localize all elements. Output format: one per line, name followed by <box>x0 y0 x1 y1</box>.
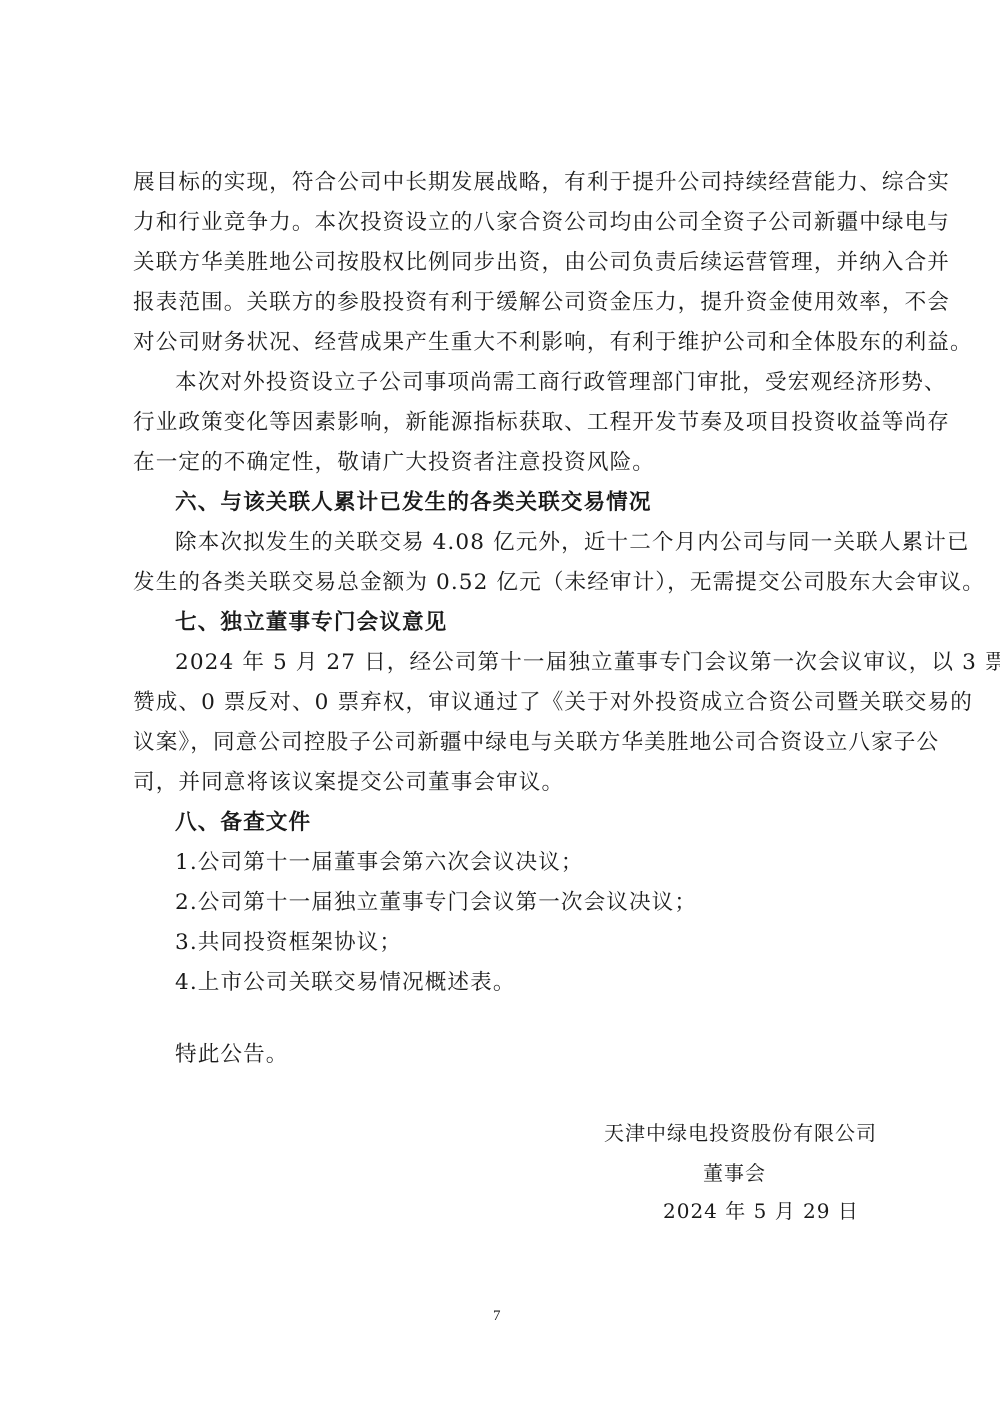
document-page: 展目标的实现，符合公司中长期发展战略，有利于提升公司持续经营能力、综合实 力和行… <box>0 0 1000 1414</box>
reference-item: 1.公司第十一届董事会第六次会议决议； <box>175 848 910 878</box>
section-heading: 七、独立董事专门会议意见 <box>175 608 910 638</box>
signature-board: 董事会 <box>703 1158 766 1188</box>
paragraph-line: 议案》，同意公司控股子公司新疆中绿电与关联方华美胜地公司合资设立八家子公 <box>133 728 868 758</box>
signature-date: 2024 年 5 月 29 日 <box>663 1196 859 1226</box>
paragraph-line: 除本次拟发生的关联交易 4.08 亿元外，近十二个月内公司与同一关联人累计已 <box>175 528 910 558</box>
paragraph-line: 关联方华美胜地公司按股权比例同步出资，由公司负责后续运营管理，并纳入合并 <box>133 248 868 278</box>
paragraph-line: 展目标的实现，符合公司中长期发展战略，有利于提升公司持续经营能力、综合实 <box>133 168 868 198</box>
reference-item: 4.上市公司关联交易情况概述表。 <box>175 968 910 998</box>
reference-item: 2.公司第十一届独立董事专门会议第一次会议决议； <box>175 888 910 918</box>
paragraph-line: 司，并同意将该议案提交公司董事会审议。 <box>133 768 868 798</box>
section-heading: 六、与该关联人累计已发生的各类关联交易情况 <box>175 488 910 518</box>
section-heading: 八、备查文件 <box>175 808 910 838</box>
paragraph-line: 报表范围。关联方的参股投资有利于缓解公司资金压力，提升资金使用效率，不会 <box>133 288 868 318</box>
paragraph-line: 2024 年 5 月 27 日，经公司第十一届独立董事专门会议第一次会议审议，以… <box>175 648 910 678</box>
paragraph-line: 对公司财务状况、经营成果产生重大不利影响，有利于维护公司和全体股东的利益。 <box>133 328 868 358</box>
paragraph-line: 发生的各类关联交易总金额为 0.52 亿元（未经审计），无需提交公司股东大会审议… <box>133 568 868 598</box>
paragraph-line: 力和行业竞争力。本次投资设立的八家合资公司均由公司全资子公司新疆中绿电与 <box>133 208 868 238</box>
page-number: 7 <box>493 1308 501 1325</box>
signature-company: 天津中绿电投资股份有限公司 <box>604 1118 877 1148</box>
reference-item: 3.共同投资框架协议； <box>175 928 910 958</box>
paragraph-line: 本次对外投资设立子公司事项尚需工商行政管理部门审批，受宏观经济形势、 <box>175 368 910 398</box>
paragraph-line: 行业政策变化等因素影响，新能源指标获取、工程开发节奏及项目投资收益等尚存 <box>133 408 868 438</box>
paragraph-line: 赞成、0 票反对、0 票弃权，审议通过了《关于对外投资成立合资公司暨关联交易的 <box>133 688 868 718</box>
paragraph-line: 在一定的不确定性，敬请广大投资者注意投资风险。 <box>133 448 868 478</box>
closing-text: 特此公告。 <box>175 1040 910 1070</box>
